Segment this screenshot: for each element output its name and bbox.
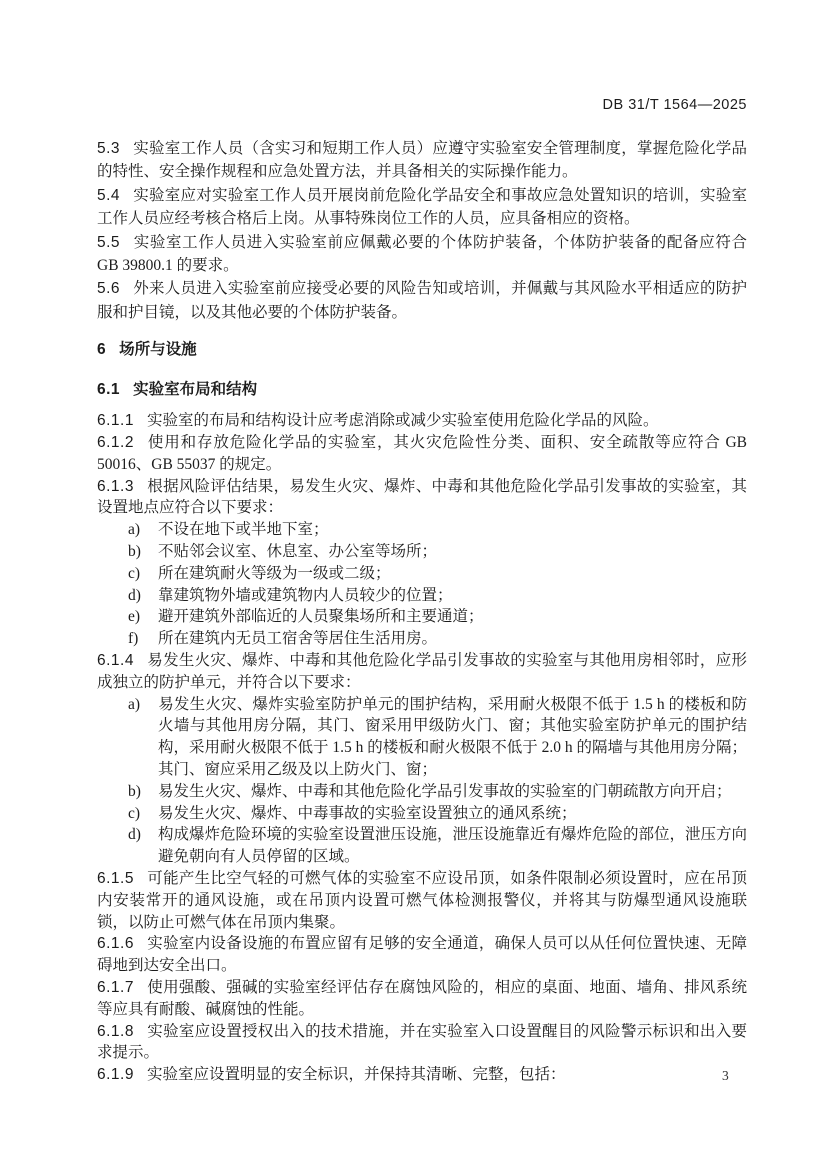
clause-number: 6.1.4 bbox=[97, 652, 134, 669]
document-page: DB 31/T 1564—2025 5.3实验室工作人员（含实习和短期工作人员）… bbox=[0, 0, 826, 1169]
clause-number: 6.1.7 bbox=[97, 979, 134, 996]
subsection-6-1-heading: 6.1实验室布局和结构 bbox=[97, 380, 747, 400]
clause-6-1-5: 6.1.5可能产生比空气轻的可燃气体的实验室不应设吊顶，如条件限制必须设置时，应… bbox=[97, 868, 747, 933]
section-title: 场所与设施 bbox=[119, 341, 197, 358]
list-item-text: 所在建筑耐火等级为一级或二级； bbox=[158, 565, 391, 582]
list-marker: d) bbox=[128, 824, 158, 846]
list-item-text: 不设在地下或半地下室； bbox=[158, 521, 329, 538]
list-item: d)构成爆炸危险环境的实验室设置泄压设施，泄压设施靠近有爆炸危险的部位，泄压方向… bbox=[158, 824, 747, 868]
list-marker: a) bbox=[128, 694, 158, 716]
list-item-text: 易发生火灾、爆炸、中毒事故的实验室设置独立的通风系统； bbox=[158, 805, 577, 822]
list-item: c)所在建筑耐火等级为一级或二级； bbox=[158, 563, 747, 585]
clause-number: 6.1.2 bbox=[97, 434, 134, 451]
clause-5-5: 5.5实验室工作人员进入实验室前应佩戴必要的个体防护装备，个体防护装备的配备应符… bbox=[97, 231, 747, 278]
list-item: d)靠建筑物外墙或建筑物内人员较少的位置； bbox=[158, 585, 747, 607]
list-item-text: 靠建筑物外墙或建筑物内人员较少的位置； bbox=[158, 587, 453, 604]
list-item-text: 构成爆炸危险环境的实验室设置泄压设施，泄压设施靠近有爆炸危险的部位，泄压方向避免… bbox=[158, 826, 747, 865]
list-item: a)易发生火灾、爆炸实验室防护单元的围护结构，采用耐火极限不低于 1.5 h 的… bbox=[158, 694, 747, 781]
list-item-text: 易发生火灾、爆炸、中毒和其他危险化学品引发事故的实验室的门朝疏散方向开启； bbox=[158, 783, 732, 800]
list-marker: e) bbox=[128, 606, 158, 628]
list-marker: d) bbox=[128, 585, 158, 607]
list-item: a)不设在地下或半地下室； bbox=[158, 519, 747, 541]
clause-text: 外来人员进入实验室前应接受必要的风险告知或培训，并佩戴与其风险水平相适应的防护服… bbox=[97, 280, 747, 320]
doc-number: DB 31/T 1564—2025 bbox=[97, 98, 747, 113]
list-marker: b) bbox=[128, 541, 158, 563]
clause-text: 使用强酸、强碱的实验室经评估存在腐蚀风险的，相应的桌面、地面、墙角、排风系统等应… bbox=[97, 979, 747, 1018]
section-6-1-clauses: 6.1.1实验室的布局和结构设计应考虑消除或减少实验室使用危险化学品的风险。 6… bbox=[97, 410, 747, 1086]
clause-text: 实验室工作人员进入实验室前应佩戴必要的个体防护装备，个体防护装备的配备应符合 G… bbox=[97, 234, 747, 274]
list-item: b)不贴邻会议室、休息室、办公室等场所； bbox=[158, 541, 747, 563]
clause-number: 6.1.8 bbox=[97, 1023, 134, 1040]
clause-text: 实验室应设置明显的安全标识，并保持其清晰、完整，包括： bbox=[147, 1066, 566, 1083]
clause-5-4: 5.4实验室应对实验室工作人员开展岗前危险化学品安全和事故应急处置知识的培训，实… bbox=[97, 184, 747, 231]
clause-number: 6.1.9 bbox=[97, 1066, 134, 1083]
list-marker: f) bbox=[128, 628, 158, 650]
clause-text: 实验室工作人员（含实习和短期工作人员）应遵守实验室安全管理制度，掌握危险化学品的… bbox=[97, 140, 747, 180]
list-item-text: 所在建筑内无员工宿舍等居住生活用房。 bbox=[158, 630, 437, 647]
clause-text: 易发生火灾、爆炸、中毒和其他危险化学品引发事故的实验室与其他用房相邻时，应形成独… bbox=[97, 652, 747, 691]
clause-number: 6.1.1 bbox=[97, 412, 134, 429]
subsection-number: 6.1 bbox=[97, 381, 120, 398]
clause-text: 使用和存放危险化学品的实验室，其火灾危险性分类、面积、安全疏散等应符合 GB 5… bbox=[97, 434, 747, 473]
clause-number: 6.1.3 bbox=[97, 478, 134, 495]
clause-number: 5.4 bbox=[97, 187, 120, 204]
list-marker: c) bbox=[128, 803, 158, 825]
clause-text: 实验室内设备设施的布置应留有足够的安全通道，确保人员可以从任何位置快速、无障碍地… bbox=[97, 935, 747, 974]
clause-text: 根据风险评估结果，易发生火灾、爆炸、中毒和其他危险化学品引发事故的实验室，其设置… bbox=[97, 478, 747, 517]
section-5-clauses: 5.3实验室工作人员（含实习和短期工作人员）应遵守实验室安全管理制度，掌握危险化… bbox=[97, 137, 747, 324]
list-item-text: 避开建筑外部临近的人员聚集场所和主要通道； bbox=[158, 608, 484, 625]
list-marker: c) bbox=[128, 563, 158, 585]
clause-number: 5.5 bbox=[97, 234, 120, 251]
list-marker: a) bbox=[128, 519, 158, 541]
list-item: c)易发生火灾、爆炸、中毒事故的实验室设置独立的通风系统； bbox=[158, 803, 747, 825]
clause-text: 实验室应对实验室工作人员开展岗前危险化学品安全和事故应急处置知识的培训，实验室工… bbox=[97, 187, 747, 227]
clause-6-1-2: 6.1.2使用和存放危险化学品的实验室，其火灾危险性分类、面积、安全疏散等应符合… bbox=[97, 432, 747, 476]
list-item: b)易发生火灾、爆炸、中毒和其他危险化学品引发事故的实验室的门朝疏散方向开启； bbox=[158, 781, 747, 803]
clause-number: 6.1.6 bbox=[97, 935, 134, 952]
clause-5-3: 5.3实验室工作人员（含实习和短期工作人员）应遵守实验室安全管理制度，掌握危险化… bbox=[97, 137, 747, 184]
clause-number: 5.3 bbox=[97, 140, 120, 157]
clause-6-1-1: 6.1.1实验室的布局和结构设计应考虑消除或减少实验室使用危险化学品的风险。 bbox=[97, 410, 747, 432]
clause-6-1-9: 6.1.9实验室应设置明显的安全标识，并保持其清晰、完整，包括： bbox=[97, 1064, 747, 1086]
page-number: 3 bbox=[722, 1068, 729, 1084]
clause-number: 6.1.5 bbox=[97, 870, 134, 887]
list-item: f)所在建筑内无员工宿舍等居住生活用房。 bbox=[158, 628, 747, 650]
list-marker: b) bbox=[128, 781, 158, 803]
clause-text: 实验室的布局和结构设计应考虑消除或减少实验室使用危险化学品的风险。 bbox=[147, 412, 659, 429]
section-6-heading: 6场所与设施 bbox=[97, 340, 747, 360]
clause-6-1-4: 6.1.4易发生火灾、爆炸、中毒和其他危险化学品引发事故的实验室与其他用房相邻时… bbox=[97, 650, 747, 694]
clause-5-6: 5.6外来人员进入实验室前应接受必要的风险告知或培训，并佩戴与其风险水平相适应的… bbox=[97, 277, 747, 324]
list-item-text: 易发生火灾、爆炸实验室防护单元的围护结构，采用耐火极限不低于 1.5 h 的楼板… bbox=[158, 696, 747, 778]
clause-6-1-3: 6.1.3根据风险评估结果，易发生火灾、爆炸、中毒和其他危险化学品引发事故的实验… bbox=[97, 476, 747, 520]
clause-6-1-6: 6.1.6实验室内设备设施的布置应留有足够的安全通道，确保人员可以从任何位置快速… bbox=[97, 933, 747, 977]
list-item-text: 不贴邻会议室、休息室、办公室等场所； bbox=[158, 543, 437, 560]
clause-6-1-8: 6.1.8实验室应设置授权出入的技术措施，并在实验室入口设置醒目的风险警示标识和… bbox=[97, 1021, 747, 1065]
subsection-title: 实验室布局和结构 bbox=[133, 381, 257, 398]
list-item: e)避开建筑外部临近的人员聚集场所和主要通道； bbox=[158, 606, 747, 628]
clause-6-1-7: 6.1.7使用强酸、强碱的实验室经评估存在腐蚀风险的，相应的桌面、地面、墙角、排… bbox=[97, 977, 747, 1021]
clause-text: 实验室应设置授权出入的技术措施，并在实验室入口设置醒目的风险警示标识和出入要求提… bbox=[97, 1023, 747, 1062]
clause-text: 可能产生比空气轻的可燃气体的实验室不应设吊顶，如条件限制必须设置时，应在吊顶内安… bbox=[97, 870, 747, 931]
section-number: 6 bbox=[97, 341, 106, 358]
clause-number: 5.6 bbox=[97, 280, 120, 297]
